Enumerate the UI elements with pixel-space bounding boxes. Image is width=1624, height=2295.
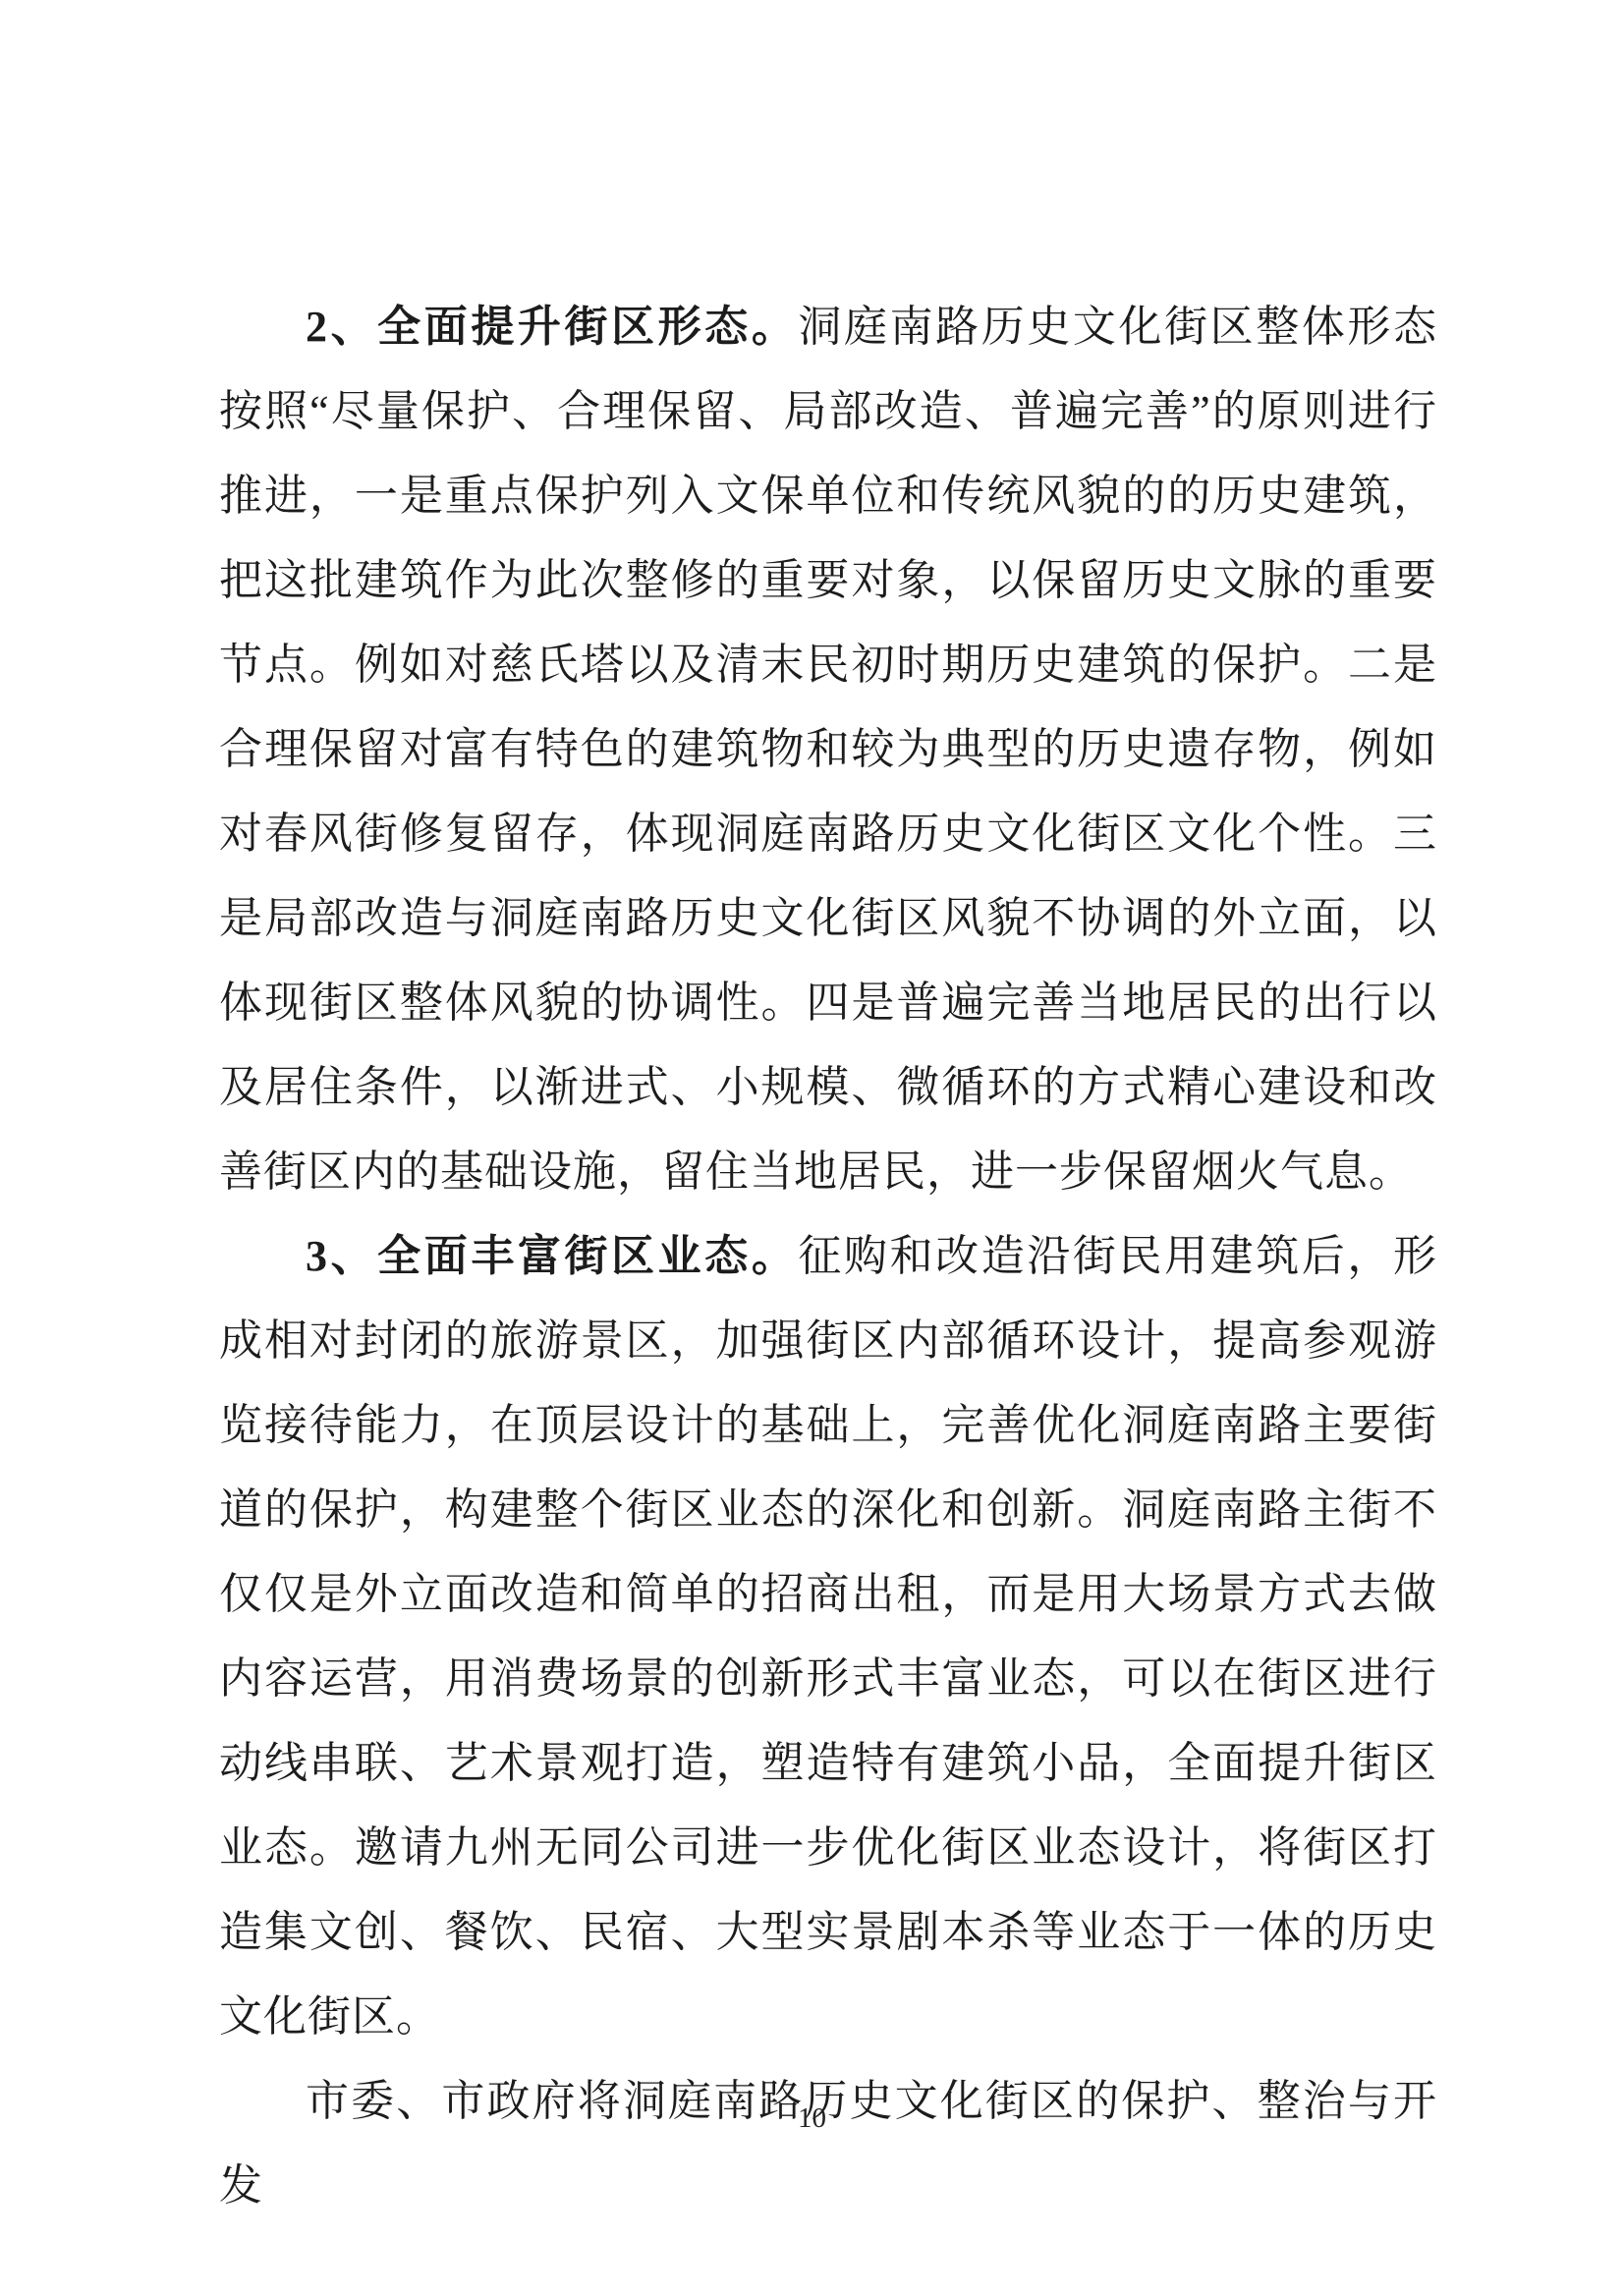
page-number: 10 bbox=[798, 2102, 826, 2134]
paragraph-2: 2、全面提升街区形态。洞庭南路历史文化街区整体形态按照“尽量保护、合理保留、局部… bbox=[219, 285, 1437, 1214]
page-footer: 10 bbox=[0, 2102, 1624, 2135]
closing-paragraph-text: 市委、市政府将洞庭南路历史文化街区的保护、整治与开发 bbox=[219, 2077, 1437, 2210]
paragraph-3-heading: 3、全面丰富街区业态。 bbox=[306, 1232, 798, 1280]
paragraph-2-text: 洞庭南路历史文化街区整体形态按照“尽量保护、合理保留、局部改造、普遍完善”的原则… bbox=[219, 303, 1437, 1196]
paragraph-3: 3、全面丰富街区业态。征购和改造沿街民用建筑后，形成相对封闭的旅游景区，加强街区… bbox=[219, 1214, 1437, 2059]
paragraph-2-heading: 2、全面提升街区形态。 bbox=[306, 303, 798, 351]
document-body: 2、全面提升街区形态。洞庭南路历史文化街区整体形态按照“尽量保护、合理保留、局部… bbox=[219, 285, 1437, 2228]
document-page: 2、全面提升街区形态。洞庭南路历史文化街区整体形态按照“尽量保护、合理保留、局部… bbox=[0, 0, 1624, 2295]
paragraph-3-text: 征购和改造沿街民用建筑后，形成相对封闭的旅游景区，加强街区内部循环设计，提高参观… bbox=[219, 1232, 1437, 2041]
closing-paragraph: 市委、市政府将洞庭南路历史文化街区的保护、整治与开发 bbox=[219, 2059, 1437, 2228]
